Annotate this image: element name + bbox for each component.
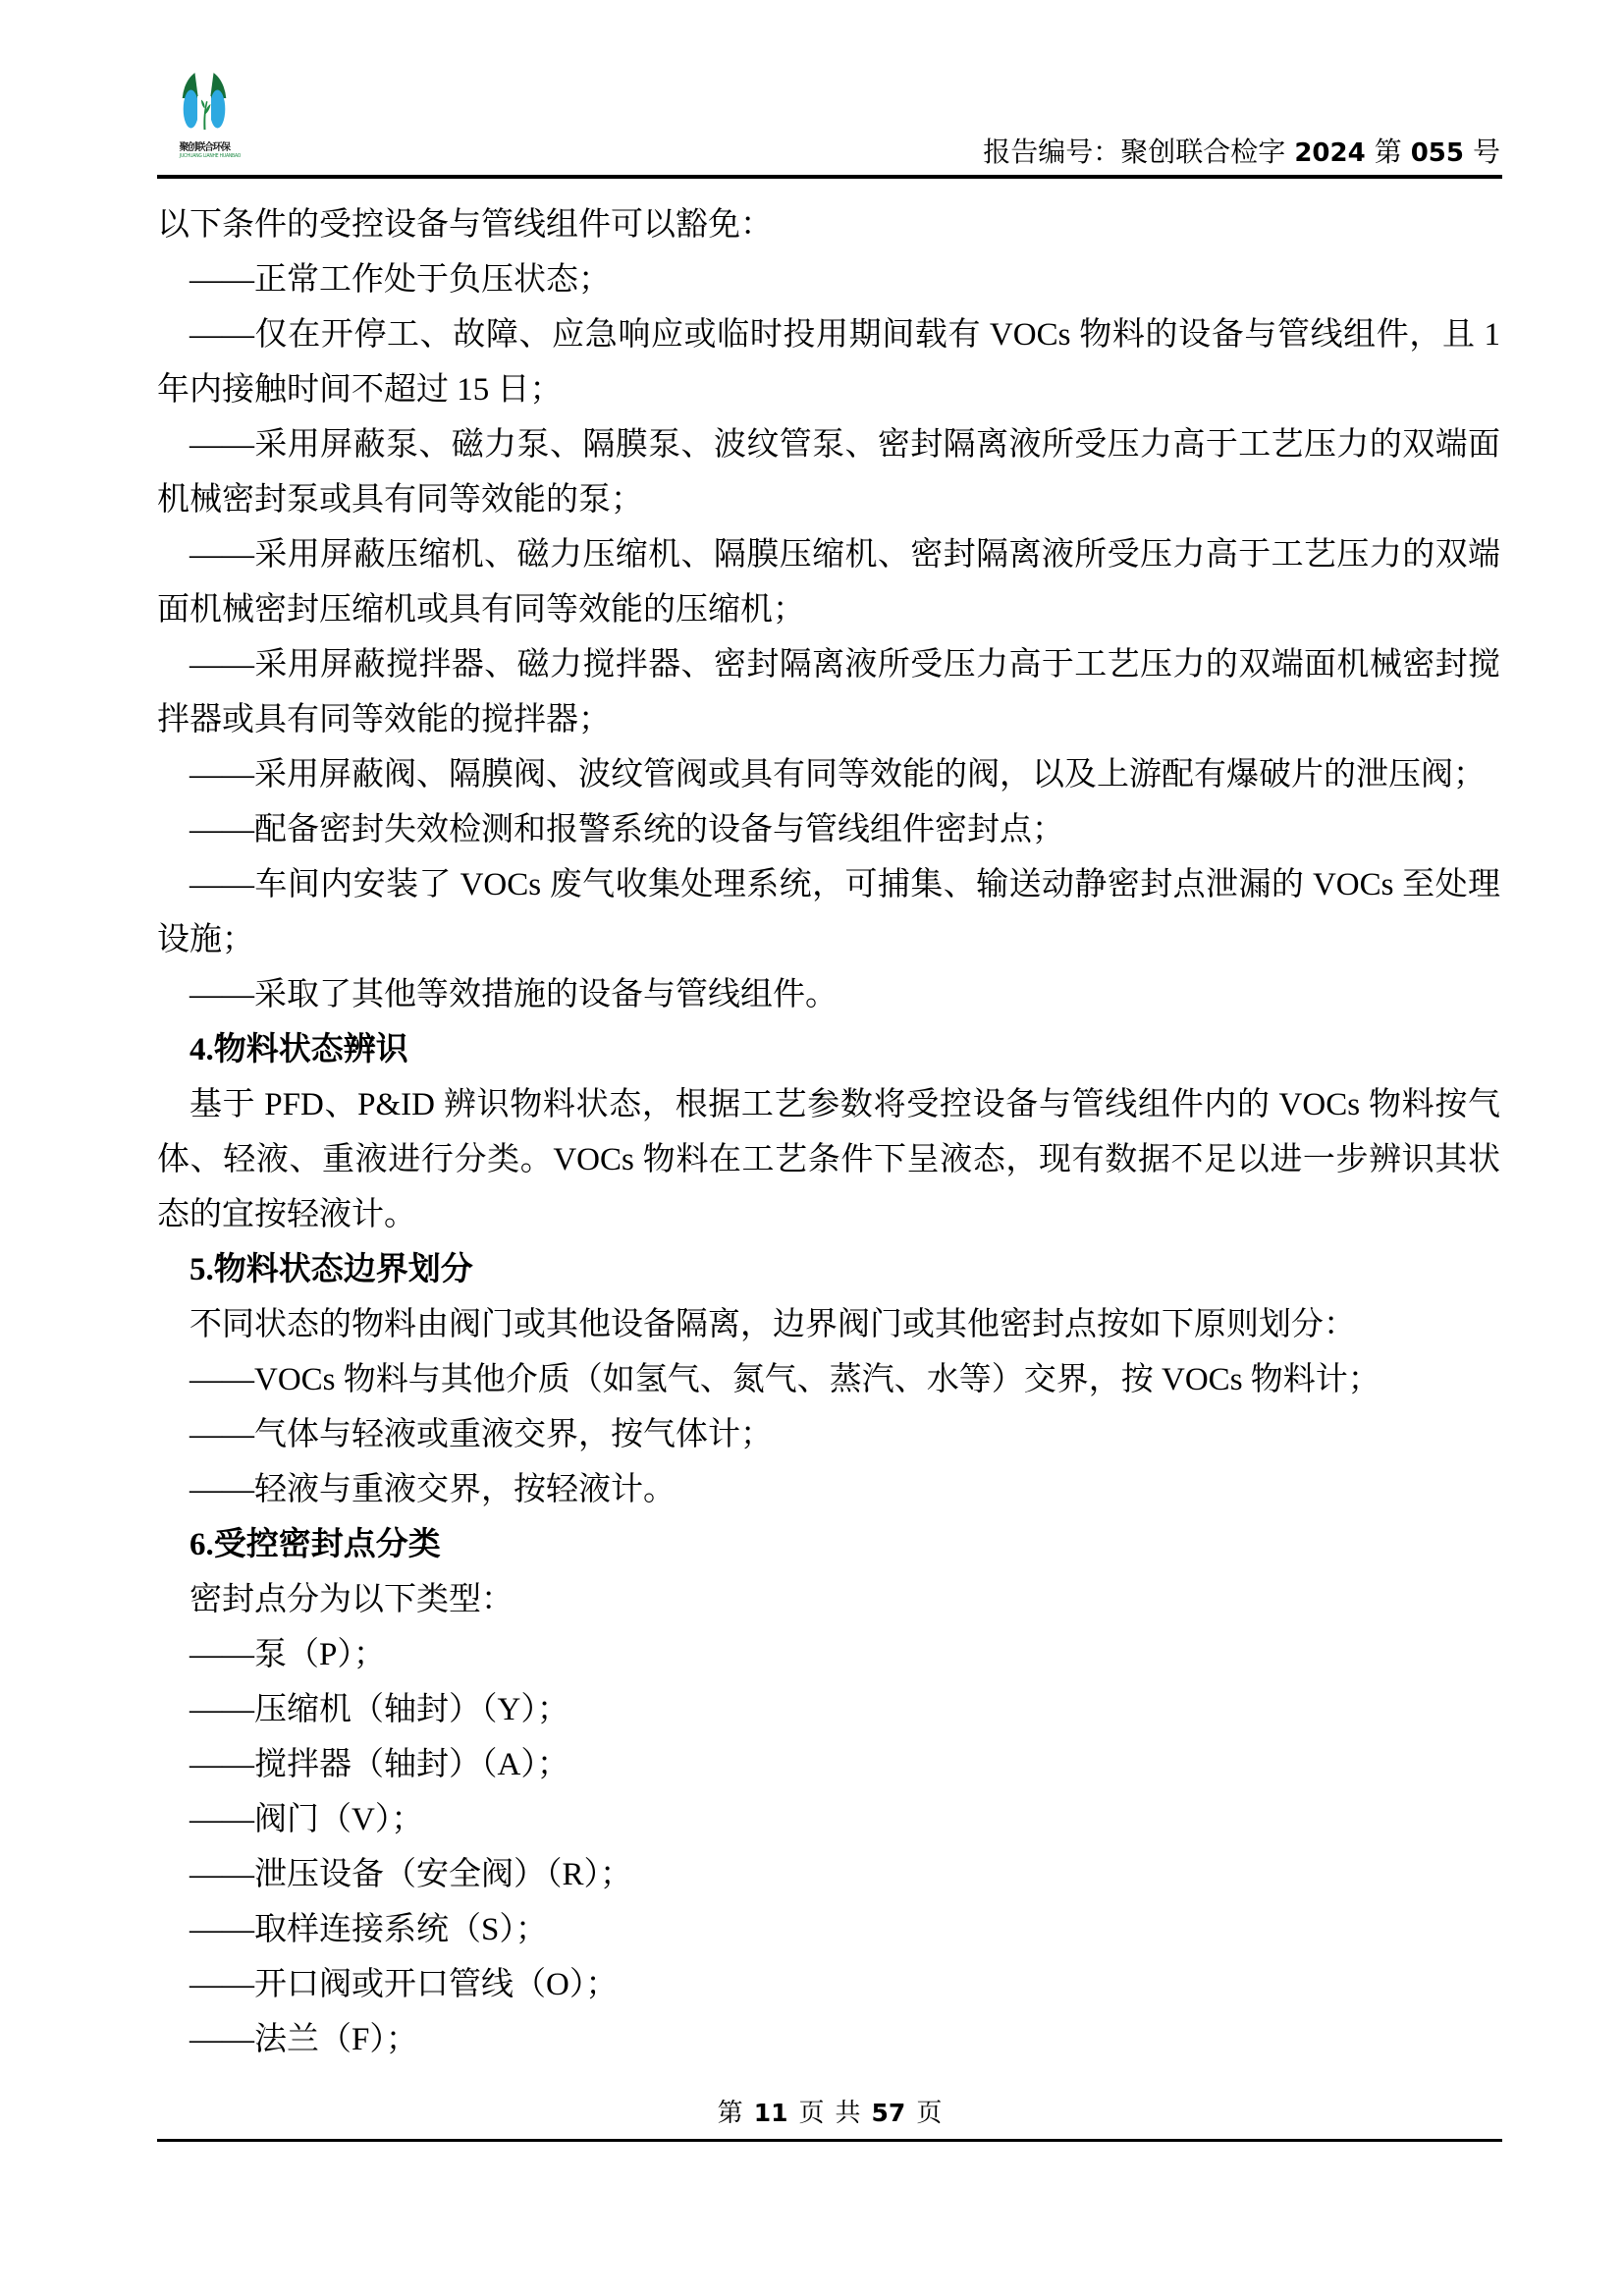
report-number-serial: 055 <box>1411 136 1464 171</box>
company-logo: 聚创联合环保 JUCHUANG LIANHE HUANBAO <box>177 69 232 159</box>
body-paragraph: ——开口阀或开口管线（O）； <box>157 1957 1500 2012</box>
body-paragraph: 不同状态的物料由阀门或其他设备隔离，边界阀门或其他密封点按如下原则划分： <box>157 1297 1500 1352</box>
body-paragraph: ——采用屏蔽阀、隔膜阀、波纹管阀或具有同等效能的阀，以及上游配有爆破片的泄压阀； <box>157 747 1500 802</box>
body-paragraph: ——轻液与重液交界，按轻液计。 <box>157 1462 1500 1517</box>
page-number-gong: 共 <box>836 2096 861 2131</box>
page-number-total: 57 <box>872 2096 906 2131</box>
company-logo-icon <box>182 69 227 136</box>
body-paragraph: 密封点分为以下类型： <box>157 1572 1500 1627</box>
body-paragraph: ——泄压设备（安全阀）（R）； <box>157 1847 1500 1902</box>
logo-text-cn: 聚创联合环保 <box>177 138 232 153</box>
page-number-ye1: 页 <box>798 2096 824 2131</box>
body-paragraph: ——采用屏蔽搅拌器、磁力搅拌器、密封隔离液所受压力高于工艺压力的双端面机械密封搅… <box>157 637 1500 747</box>
report-number: 报告编号：聚创联合检字 2024 第 055 号 <box>983 136 1500 171</box>
body-paragraph: ——正常工作处于负压状态； <box>157 252 1500 307</box>
body-paragraph: 以下条件的受控设备与管线组件可以豁免： <box>157 197 1500 252</box>
body-paragraph: ——仅在开停工、故障、应急响应或临时投用期间载有 VOCs 物料的设备与管线组件… <box>157 307 1500 417</box>
footer-divider <box>157 2139 1502 2142</box>
body-paragraph: ——取样连接系统（S）； <box>157 1902 1500 1957</box>
body-paragraph: ——VOCs 物料与其他介质（如氢气、氮气、蒸汽、水等）交界，按 VOCs 物料… <box>157 1352 1500 1407</box>
body-paragraph: ——泵（P）； <box>157 1627 1500 1682</box>
page-number-current: 11 <box>754 2096 788 2131</box>
page-number-di: 第 <box>718 2096 743 2131</box>
header-divider <box>157 175 1502 179</box>
body-paragraph: ——气体与轻液或重液交界，按气体计； <box>157 1407 1500 1462</box>
body-paragraph: ——采用屏蔽压缩机、磁力压缩机、隔膜压缩机、密封隔离液所受压力高于工艺压力的双端… <box>157 527 1500 637</box>
report-number-di: 第 <box>1375 136 1402 171</box>
body-paragraph: ——搅拌器（轴封）（A）； <box>157 1737 1500 1792</box>
body-paragraph: ——采用屏蔽泵、磁力泵、隔膜泵、波纹管泵、密封隔离液所受压力高于工艺压力的双端面… <box>157 417 1500 527</box>
logo-text-en: JUCHUANG LIANHE HUANBAO <box>180 153 229 159</box>
report-number-year: 2024 <box>1294 136 1365 171</box>
page-number-ye2: 页 <box>916 2096 942 2131</box>
document-body: 以下条件的受控设备与管线组件可以豁免：——正常工作处于负压状态；——仅在开停工、… <box>157 197 1500 2067</box>
section-heading: 5.物料状态边界划分 <box>157 1242 1500 1297</box>
document-page: 聚创联合环保 JUCHUANG LIANHE HUANBAO 报告编号：聚创联合… <box>0 0 1623 2296</box>
section-heading: 4.物料状态辨识 <box>157 1022 1500 1077</box>
report-number-suffix: 号 <box>1473 136 1500 171</box>
section-heading: 6.受控密封点分类 <box>157 1517 1500 1572</box>
body-paragraph: ——阀门（V）； <box>157 1792 1500 1847</box>
report-number-prefix: 报告编号：聚创联合检字 <box>983 136 1285 171</box>
body-paragraph: 基于 PFD、P&ID 辨识物料状态，根据工艺参数将受控设备与管线组件内的 VO… <box>157 1077 1500 1242</box>
body-paragraph: ——采取了其他等效措施的设备与管线组件。 <box>157 967 1500 1022</box>
page-number: 第 11 页 共 57 页 <box>157 2096 1502 2131</box>
body-paragraph: ——车间内安装了 VOCs 废气收集处理系统，可捕集、输送动静密封点泄漏的 VO… <box>157 857 1500 967</box>
body-paragraph: ——法兰（F）； <box>157 2012 1500 2067</box>
body-paragraph: ——配备密封失效检测和报警系统的设备与管线组件密封点； <box>157 802 1500 857</box>
body-paragraph: ——压缩机（轴封）（Y）； <box>157 1682 1500 1737</box>
